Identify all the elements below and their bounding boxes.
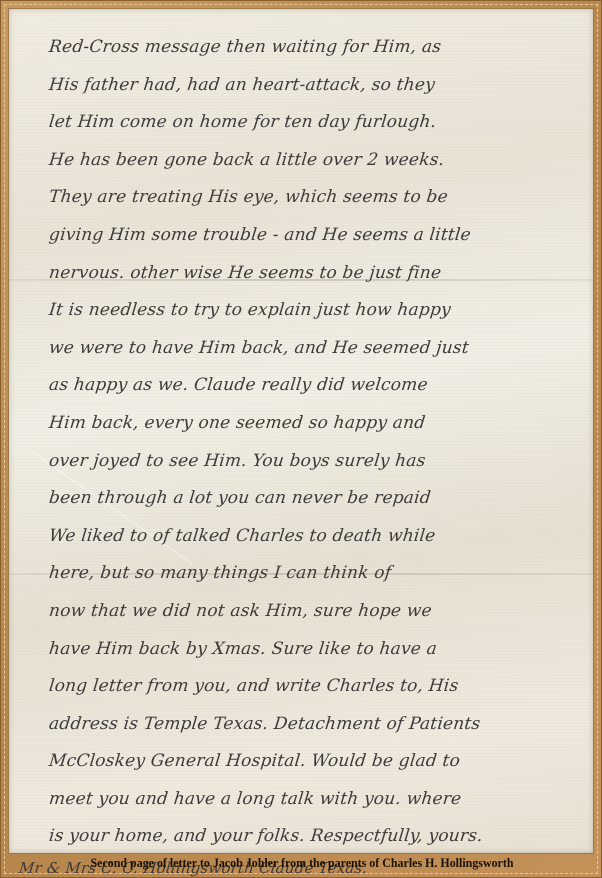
letter-line: we were to have Him back, and He seemed … <box>47 330 591 368</box>
letter-line: They are treating His eye, which seems t… <box>47 179 591 217</box>
letter-line: Red-Cross message then waiting for Him, … <box>47 29 591 67</box>
letter-line: is your home, and your folks. Respectful… <box>47 818 591 856</box>
letter-line: let Him come on home for ten day furloug… <box>47 104 591 142</box>
letter-line: giving Him some trouble - and He seems a… <box>47 217 591 255</box>
letter-line: McCloskey General Hospital. Would be gla… <box>47 743 591 781</box>
image-caption: Second page of letter to Jacob Johler fr… <box>25 854 579 872</box>
letter-line: now that we did not ask Him, sure hope w… <box>47 593 591 631</box>
letter-line: as happy as we. Claude really did welcom… <box>47 367 591 405</box>
letter-line: Him back, every one seemed so happy and <box>47 405 591 443</box>
letter-paper: Red-Cross message then waiting for Him, … <box>8 8 594 854</box>
letter-line: nervous. other wise He seems to be just … <box>47 255 591 293</box>
letter-line: His father had, had an heart-attack, so … <box>47 67 591 105</box>
letter-line: address is Temple Texas. Detachment of P… <box>47 706 591 744</box>
letter-line: long letter from you, and write Charles … <box>47 668 591 706</box>
letter-line: been through a lot you can never be repa… <box>47 480 591 518</box>
handwritten-letter-body: Red-Cross message then waiting for Him, … <box>49 29 589 878</box>
photo-frame: Red-Cross message then waiting for Him, … <box>0 0 602 878</box>
letter-line: over joyed to see Him. You boys surely h… <box>47 443 591 481</box>
letter-line: He has been gone back a little over 2 we… <box>47 142 591 180</box>
letter-line: We liked to of talked Charles to death w… <box>47 518 591 556</box>
letter-line: It is needless to try to explain just ho… <box>47 292 591 330</box>
letter-line: have Him back by Xmas. Sure like to have… <box>47 631 591 669</box>
letter-line: meet you and have a long talk with you. … <box>47 781 591 819</box>
letter-line: here, but so many things I can think of <box>47 555 591 593</box>
